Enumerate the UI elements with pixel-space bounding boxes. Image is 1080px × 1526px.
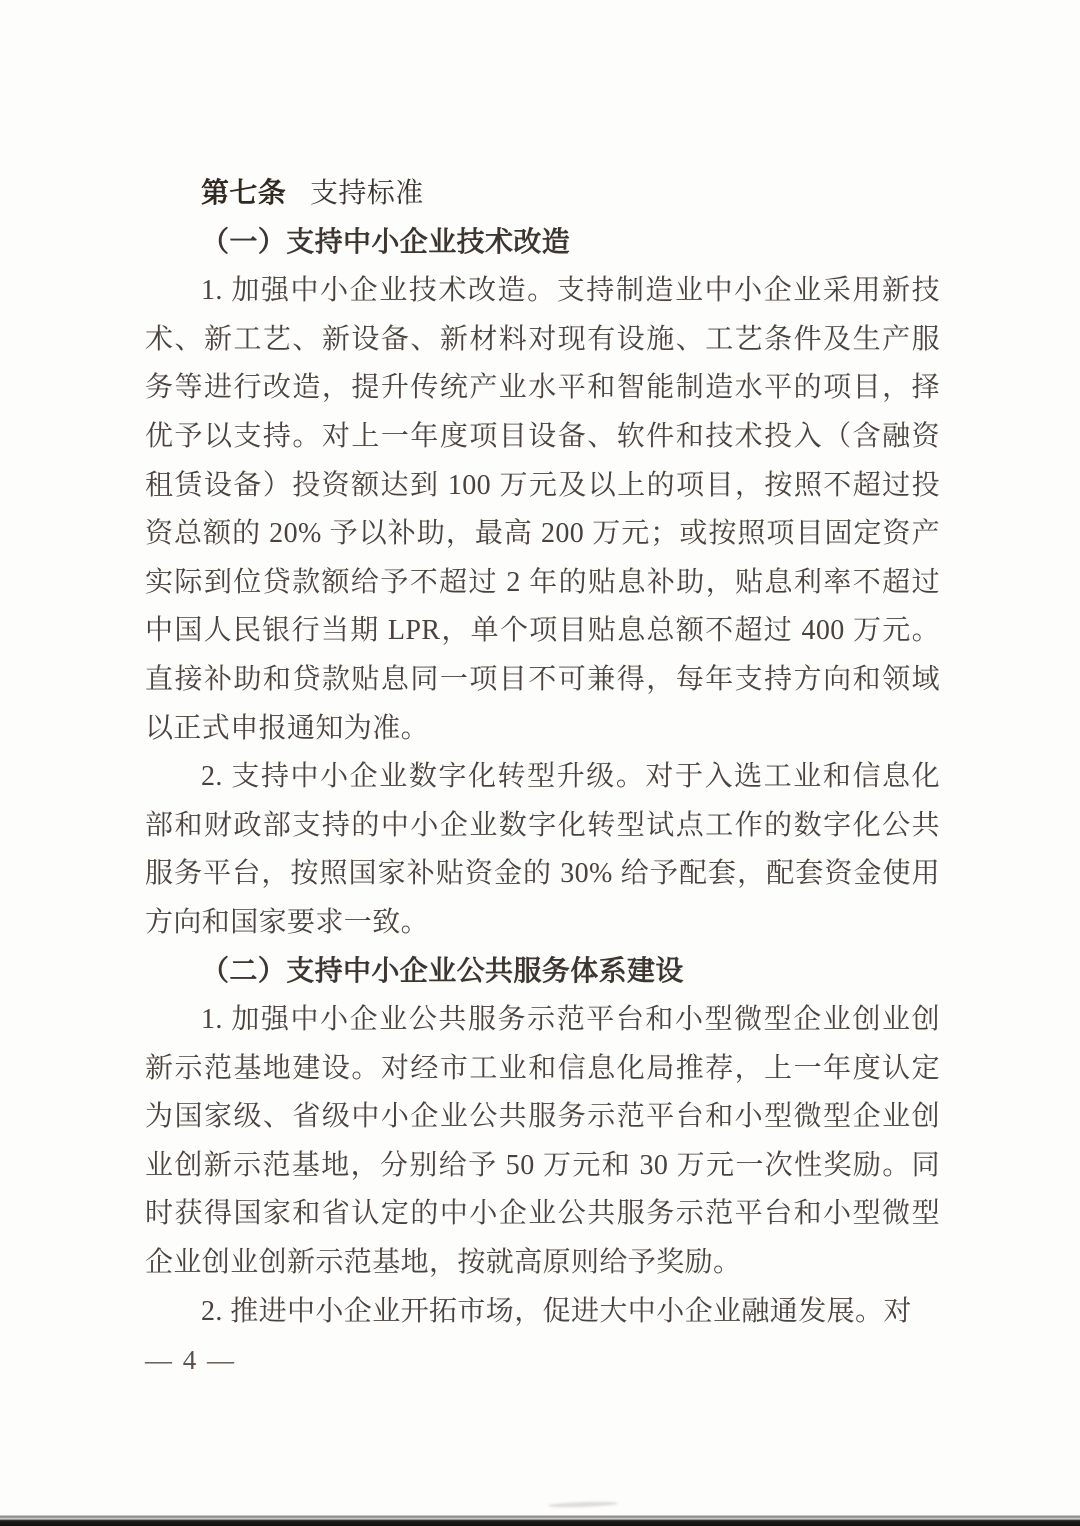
section-heading-1: （一）支持中小企业技术改造 <box>145 219 940 268</box>
document-page: 第七条支持标准 （一）支持中小企业技术改造 1. 加强中小企业技术改造。支持制造… <box>0 0 1080 1526</box>
scan-edge-artifact <box>0 1513 1080 1526</box>
paragraph-tech-upgrade: 1. 加强中小企业技术改造。支持制造业中小企业采用新技术、新工艺、新设备、新材料… <box>145 267 940 753</box>
section-heading-2: （二）支持中小企业公共服务体系建设 <box>145 948 940 997</box>
article-heading: 第七条支持标准 <box>145 170 940 219</box>
scan-smudge-artifact <box>548 1501 618 1508</box>
paragraph-market-expansion: 2. 推进中小企业开拓市场，促进大中小企业融通发展。对 <box>145 1288 940 1337</box>
paragraph-digital-transform: 2. 支持中小企业数字化转型升级。对于入选工业和信息化部和财政部支持的中小企业数… <box>145 753 940 947</box>
article-title: 支持标准 <box>310 178 424 209</box>
paragraph-service-platform: 1. 加强中小企业公共服务示范平台和小型微型企业创业创新示范基地建设。对经市工业… <box>145 996 940 1288</box>
page-number: — 4 — <box>145 1336 940 1385</box>
article-number: 第七条 <box>201 178 286 209</box>
document-body: 第七条支持标准 （一）支持中小企业技术改造 1. 加强中小企业技术改造。支持制造… <box>145 170 940 1385</box>
